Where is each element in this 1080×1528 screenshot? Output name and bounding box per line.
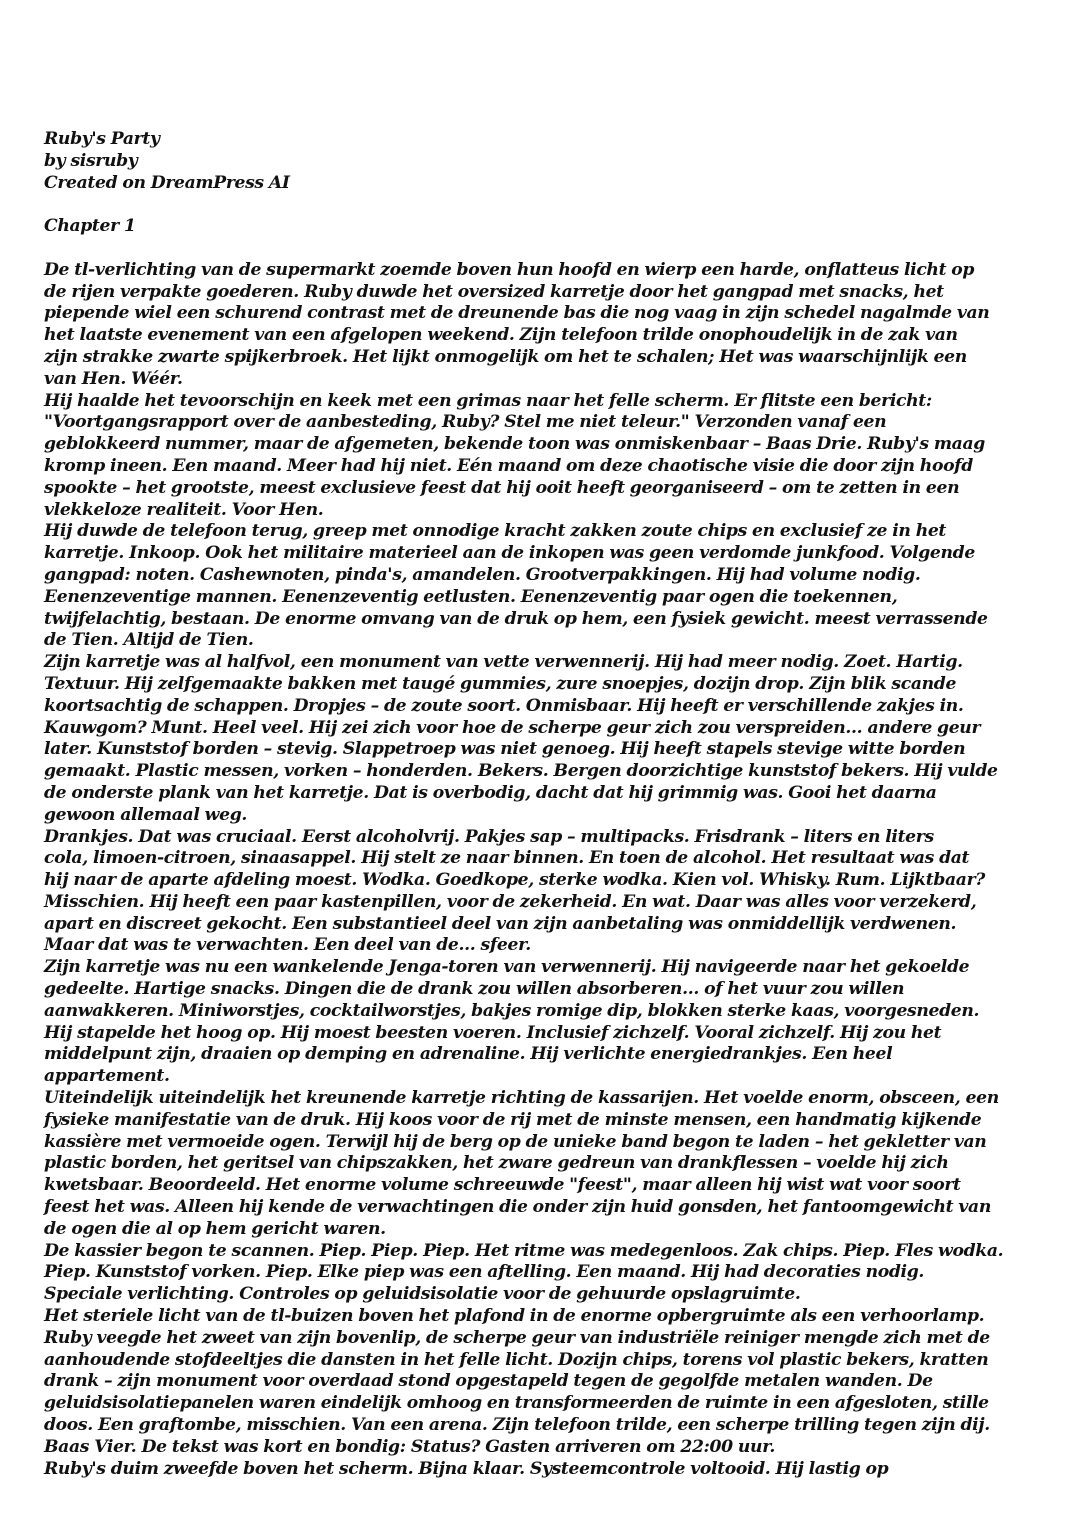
text-line: Piep. Kunststof vorken. Piep. Elke piep … bbox=[44, 1262, 1044, 1284]
text-line: kassière met vermoeide ogen. Terwijl hij… bbox=[44, 1132, 1044, 1154]
text-line: cola, limoen-citroen, sinaasappel. Hij s… bbox=[44, 848, 1044, 870]
spacer bbox=[44, 238, 1044, 260]
text-line: twijfelachtig, bestaan. De enorme omvang… bbox=[44, 609, 1044, 631]
text-line: gedeelte. Hartige snacks. Dingen die de … bbox=[44, 979, 1044, 1001]
paragraph: Zijn karretje was al halfvol, een monume… bbox=[44, 652, 1044, 826]
author-line: by sisruby bbox=[44, 151, 1044, 173]
text-line: plastic borden, het geritsel van chipsza… bbox=[44, 1153, 1044, 1175]
paragraph: Uiteindelijk uiteindelijk het kreunende … bbox=[44, 1088, 1044, 1241]
spacer bbox=[44, 194, 1044, 216]
paragraph: De kassier begon te scannen. Piep. Piep.… bbox=[44, 1241, 1044, 1306]
text-line: Textuur. Hij zelfgemaakte bakken met tau… bbox=[44, 674, 1044, 696]
text-line: gemaakt. Plastic messen, vorken – honder… bbox=[44, 761, 1044, 783]
text-line: appartement. bbox=[44, 1066, 1044, 1088]
text-line: "Voortgangsrapport over de aanbesteding,… bbox=[44, 412, 1044, 434]
text-line: zijn strakke zwarte spijkerbroek. Het li… bbox=[44, 347, 1044, 369]
text-line: feest het was. Alleen hij kende de verwa… bbox=[44, 1197, 1044, 1219]
text-line: het laatste evenement van een afgelopen … bbox=[44, 325, 1044, 347]
chapter-body: De tl-verlichting van de supermarkt zoem… bbox=[44, 260, 1044, 1481]
text-line: Kauwgom? Munt. Heel veel. Hij zei zich v… bbox=[44, 718, 1044, 740]
text-line: van Hen. Wéér. bbox=[44, 369, 1044, 391]
text-line: gewoon allemaal weg. bbox=[44, 805, 1044, 827]
text-line: Drankjes. Dat was cruciaal. Eerst alcoho… bbox=[44, 827, 1044, 849]
text-line: Misschien. Hij heeft een paar kastenpill… bbox=[44, 892, 1044, 914]
text-line: de rijen verpakte goederen. Ruby duwde h… bbox=[44, 282, 1044, 304]
text-line: Eenenzeventige mannen. Eenenzeventig eet… bbox=[44, 587, 1044, 609]
text-line: vlekkeloze realiteit. Voor Hen. bbox=[44, 500, 1044, 522]
text-line: Het steriele licht van de tl-buizen bove… bbox=[44, 1306, 1044, 1328]
text-line: doos. Een graftombe, misschien. Van een … bbox=[44, 1415, 1044, 1437]
text-line: karretje. Inkoop. Ook het militaire mate… bbox=[44, 543, 1044, 565]
text-line: De tl-verlichting van de supermarkt zoem… bbox=[44, 260, 1044, 282]
text-line: Hij haalde het tevoorschijn en keek met … bbox=[44, 391, 1044, 413]
text-line: de onderste plank van het karretje. Dat … bbox=[44, 783, 1044, 805]
text-line: Baas Vier. De tekst was kort en bondig: … bbox=[44, 1437, 1044, 1459]
paragraph: Drankjes. Dat was cruciaal. Eerst alcoho… bbox=[44, 827, 1044, 958]
text-line: piepende wiel een schurend contrast met … bbox=[44, 303, 1044, 325]
text-line: Ruby veegde het zweet van zijn bovenlip,… bbox=[44, 1328, 1044, 1350]
text-line: gangpad: noten. Cashewnoten, pinda's, am… bbox=[44, 565, 1044, 587]
paragraph: Hij haalde het tevoorschijn en keek met … bbox=[44, 391, 1044, 522]
paragraph: De tl-verlichting van de supermarkt zoem… bbox=[44, 260, 1044, 391]
text-line: koortsachtig de schappen. Dropjes – de z… bbox=[44, 696, 1044, 718]
text-line: apart en discreet gekocht. Een substanti… bbox=[44, 914, 1044, 936]
text-line: fysieke manifestatie van de druk. Hij ko… bbox=[44, 1110, 1044, 1132]
text-line: Uiteindelijk uiteindelijk het kreunende … bbox=[44, 1088, 1044, 1110]
text-line: spookte – het grootste, meest exclusieve… bbox=[44, 478, 1044, 500]
text-line: geluidsisolatiepanelen waren eindelijk o… bbox=[44, 1393, 1044, 1415]
text-line: aanwakkeren. Miniworstjes, cocktailworst… bbox=[44, 1001, 1044, 1023]
text-line: Zijn karretje was al halfvol, een monume… bbox=[44, 652, 1044, 674]
text-line: De kassier begon te scannen. Piep. Piep.… bbox=[44, 1241, 1044, 1263]
text-line: Ruby's duim zweefde boven het scherm. Bi… bbox=[44, 1459, 1044, 1481]
text-line: Hij stapelde het hoog op. Hij moest bees… bbox=[44, 1023, 1044, 1045]
created-on-line: Created on DreamPress AI bbox=[44, 173, 1044, 195]
text-line: drank – zijn monument voor overdaad ston… bbox=[44, 1371, 1044, 1393]
text-line: kwetsbaar. Beoordeeld. Het enorme volume… bbox=[44, 1175, 1044, 1197]
paragraph: Zijn karretje was nu een wankelende Jeng… bbox=[44, 957, 1044, 1088]
paragraph: Ruby's duim zweefde boven het scherm. Bi… bbox=[44, 1459, 1044, 1481]
text-line: de ogen die al op hem gericht waren. bbox=[44, 1219, 1044, 1241]
text-line: Hij duwde de telefoon terug, greep met o… bbox=[44, 521, 1044, 543]
text-line: aanhoudende stofdeeltjes die dansten in … bbox=[44, 1350, 1044, 1372]
paragraph: Hij duwde de telefoon terug, greep met o… bbox=[44, 521, 1044, 652]
chapter-heading: Chapter 1 bbox=[44, 216, 1044, 238]
document-page: Ruby's Party by sisruby Created on Dream… bbox=[44, 129, 1044, 1480]
story-title: Ruby's Party bbox=[44, 129, 1044, 151]
paragraph: Het steriele licht van de tl-buizen bove… bbox=[44, 1306, 1044, 1459]
text-line: Zijn karretje was nu een wankelende Jeng… bbox=[44, 957, 1044, 979]
text-line: Maar dat was te verwachten. Een deel van… bbox=[44, 935, 1044, 957]
text-line: de Tien. Altijd de Tien. bbox=[44, 630, 1044, 652]
text-line: middelpunt zijn, draaien op demping en a… bbox=[44, 1044, 1044, 1066]
text-line: hij naar de aparte afdeling moest. Wodka… bbox=[44, 870, 1044, 892]
text-line: geblokkeerd nummer, maar de afgemeten, b… bbox=[44, 434, 1044, 456]
text-line: Speciale verlichting. Controles op gelui… bbox=[44, 1284, 1044, 1306]
text-line: kromp ineen. Een maand. Meer had hij nie… bbox=[44, 456, 1044, 478]
text-line: later. Kunststof borden – stevig. Slappe… bbox=[44, 739, 1044, 761]
